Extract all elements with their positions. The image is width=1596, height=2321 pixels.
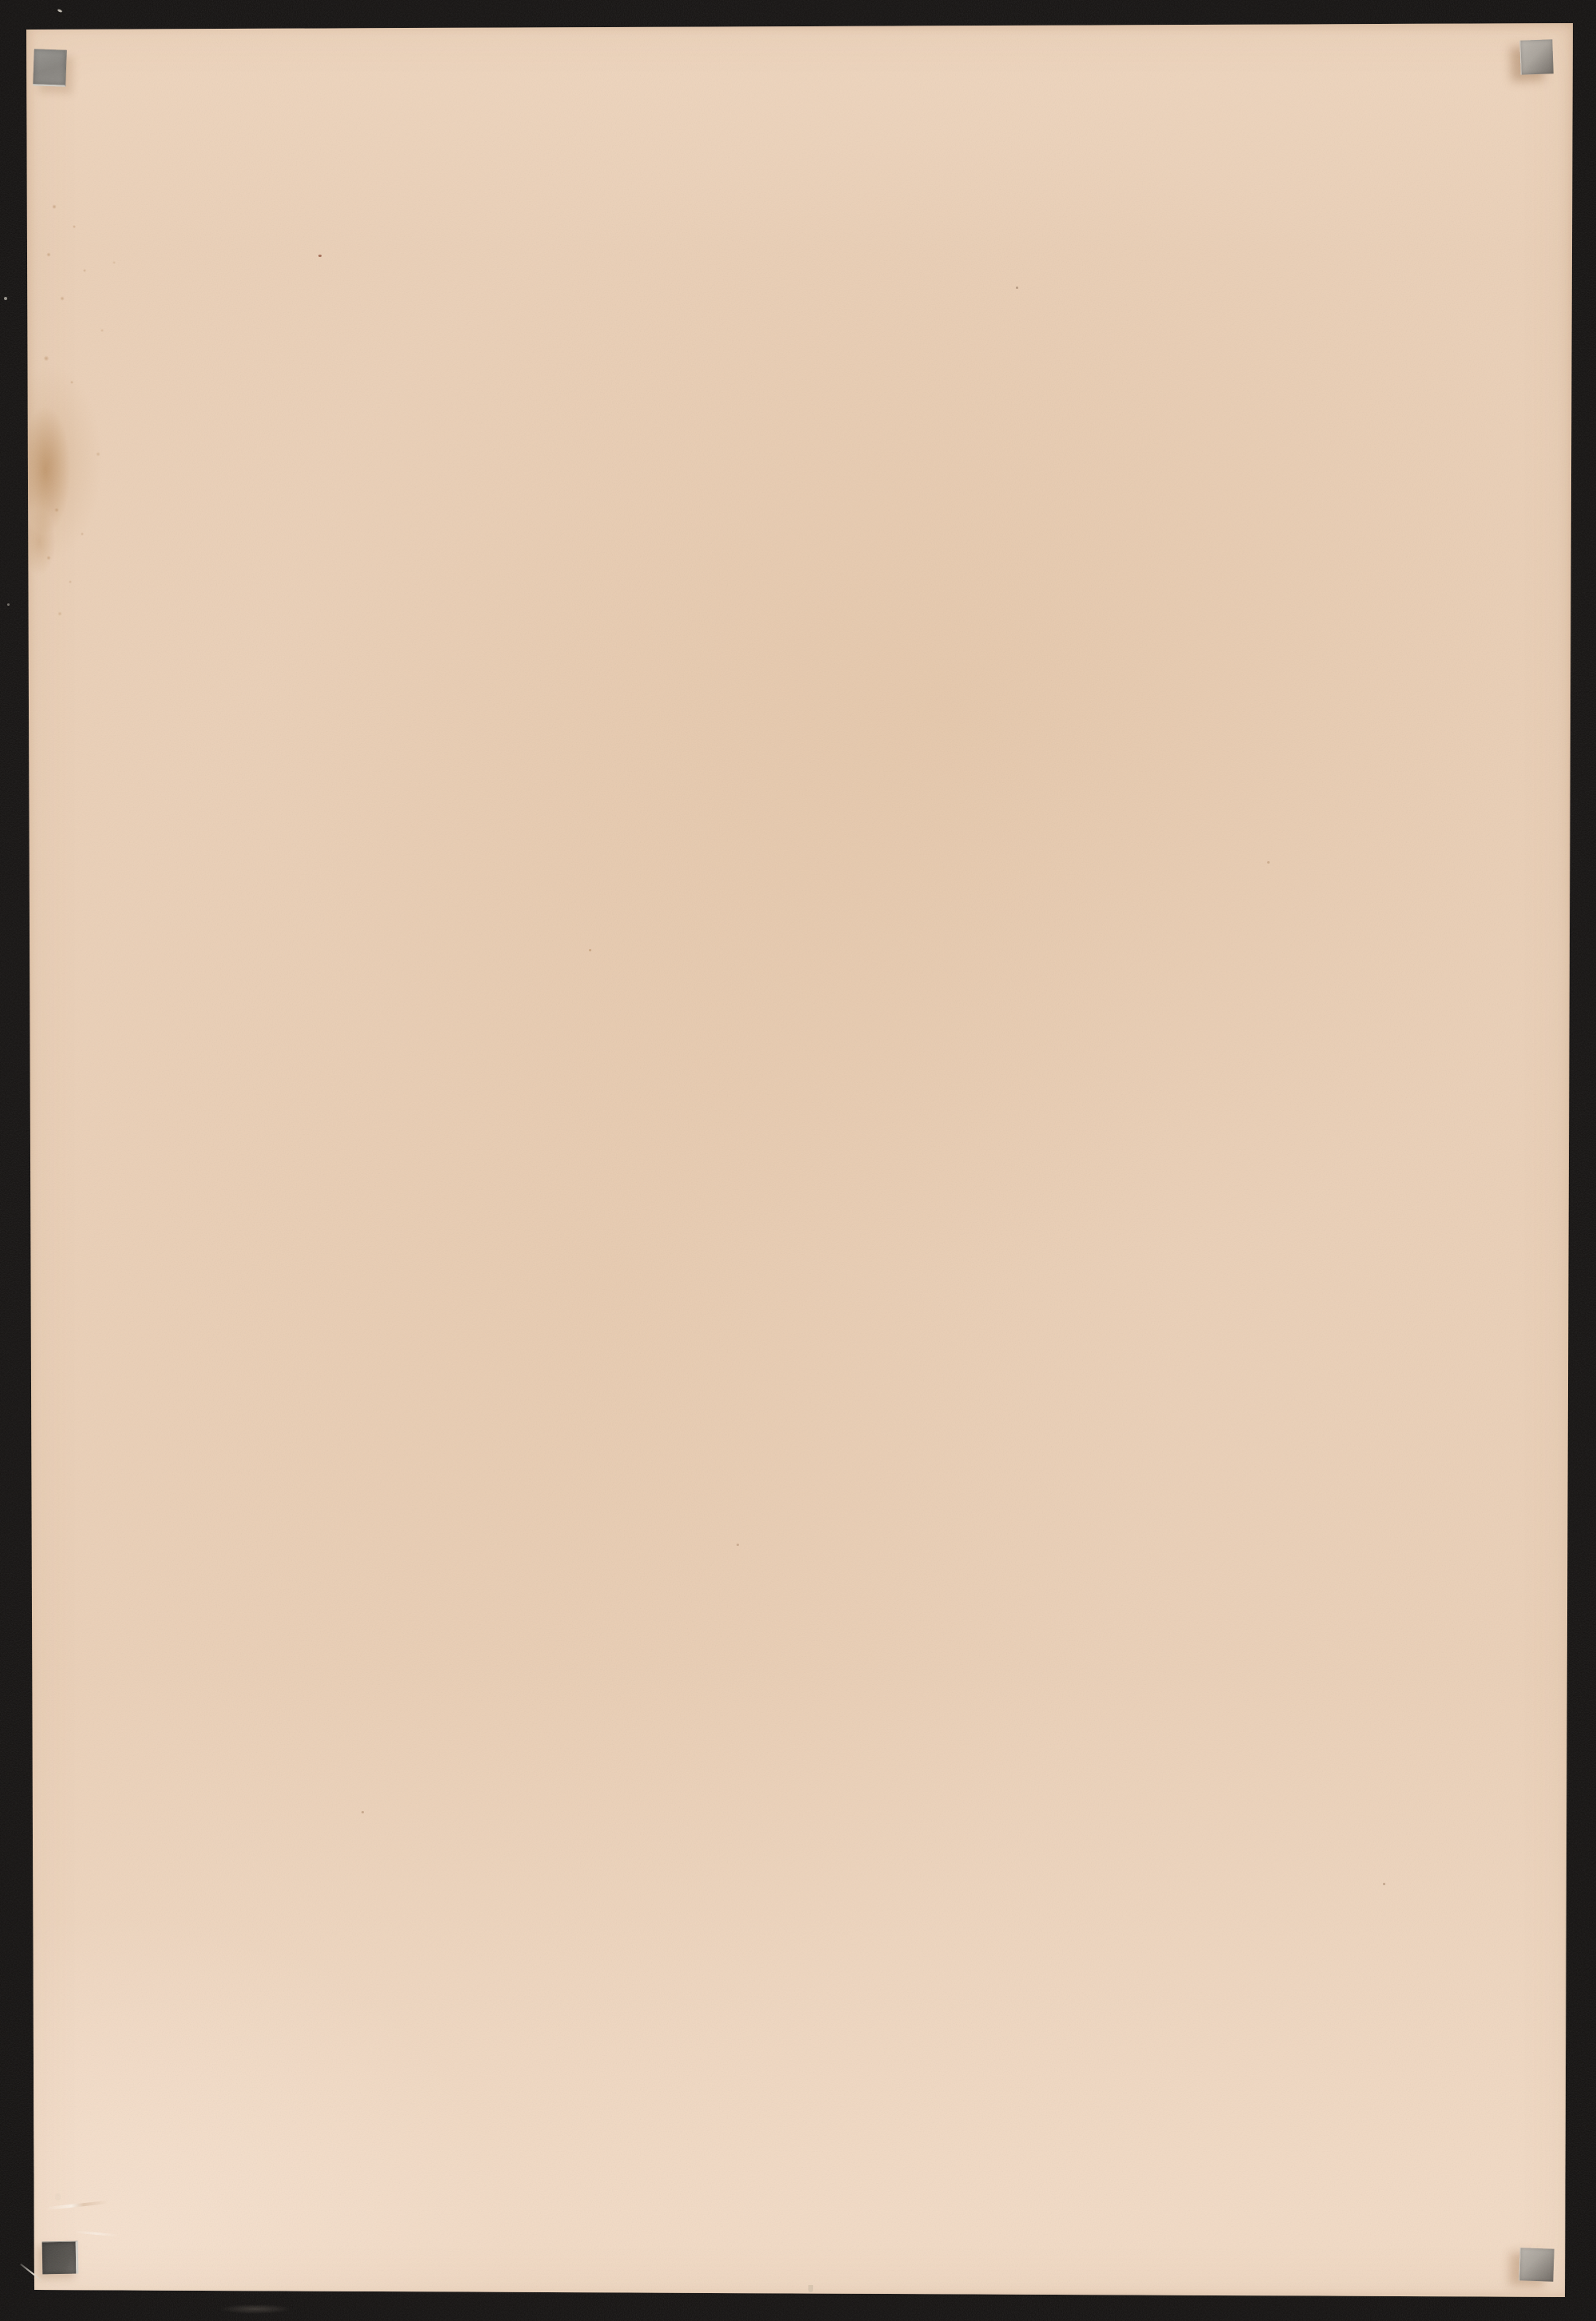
paper-speck — [1267, 861, 1270, 864]
paper-speck — [1383, 1883, 1385, 1885]
photo-stage — [0, 0, 1596, 2321]
edge-nick — [55, 2193, 61, 2200]
backdrop-lint-speck — [4, 297, 7, 300]
paper-speck — [361, 1811, 364, 1813]
foxing-stain — [26, 167, 194, 678]
backdrop-smudge — [203, 2302, 307, 2316]
crease-mark — [74, 2231, 118, 2237]
paper-speck — [589, 949, 591, 951]
paper-speck — [318, 255, 322, 257]
poster-paper-back — [26, 23, 1573, 2297]
backdrop-lint-speck — [57, 9, 63, 13]
crease-mark — [46, 2200, 109, 2210]
paper-speck — [1016, 287, 1018, 289]
paper-speck — [737, 1544, 739, 1546]
backdrop-lint-speck — [7, 603, 10, 606]
